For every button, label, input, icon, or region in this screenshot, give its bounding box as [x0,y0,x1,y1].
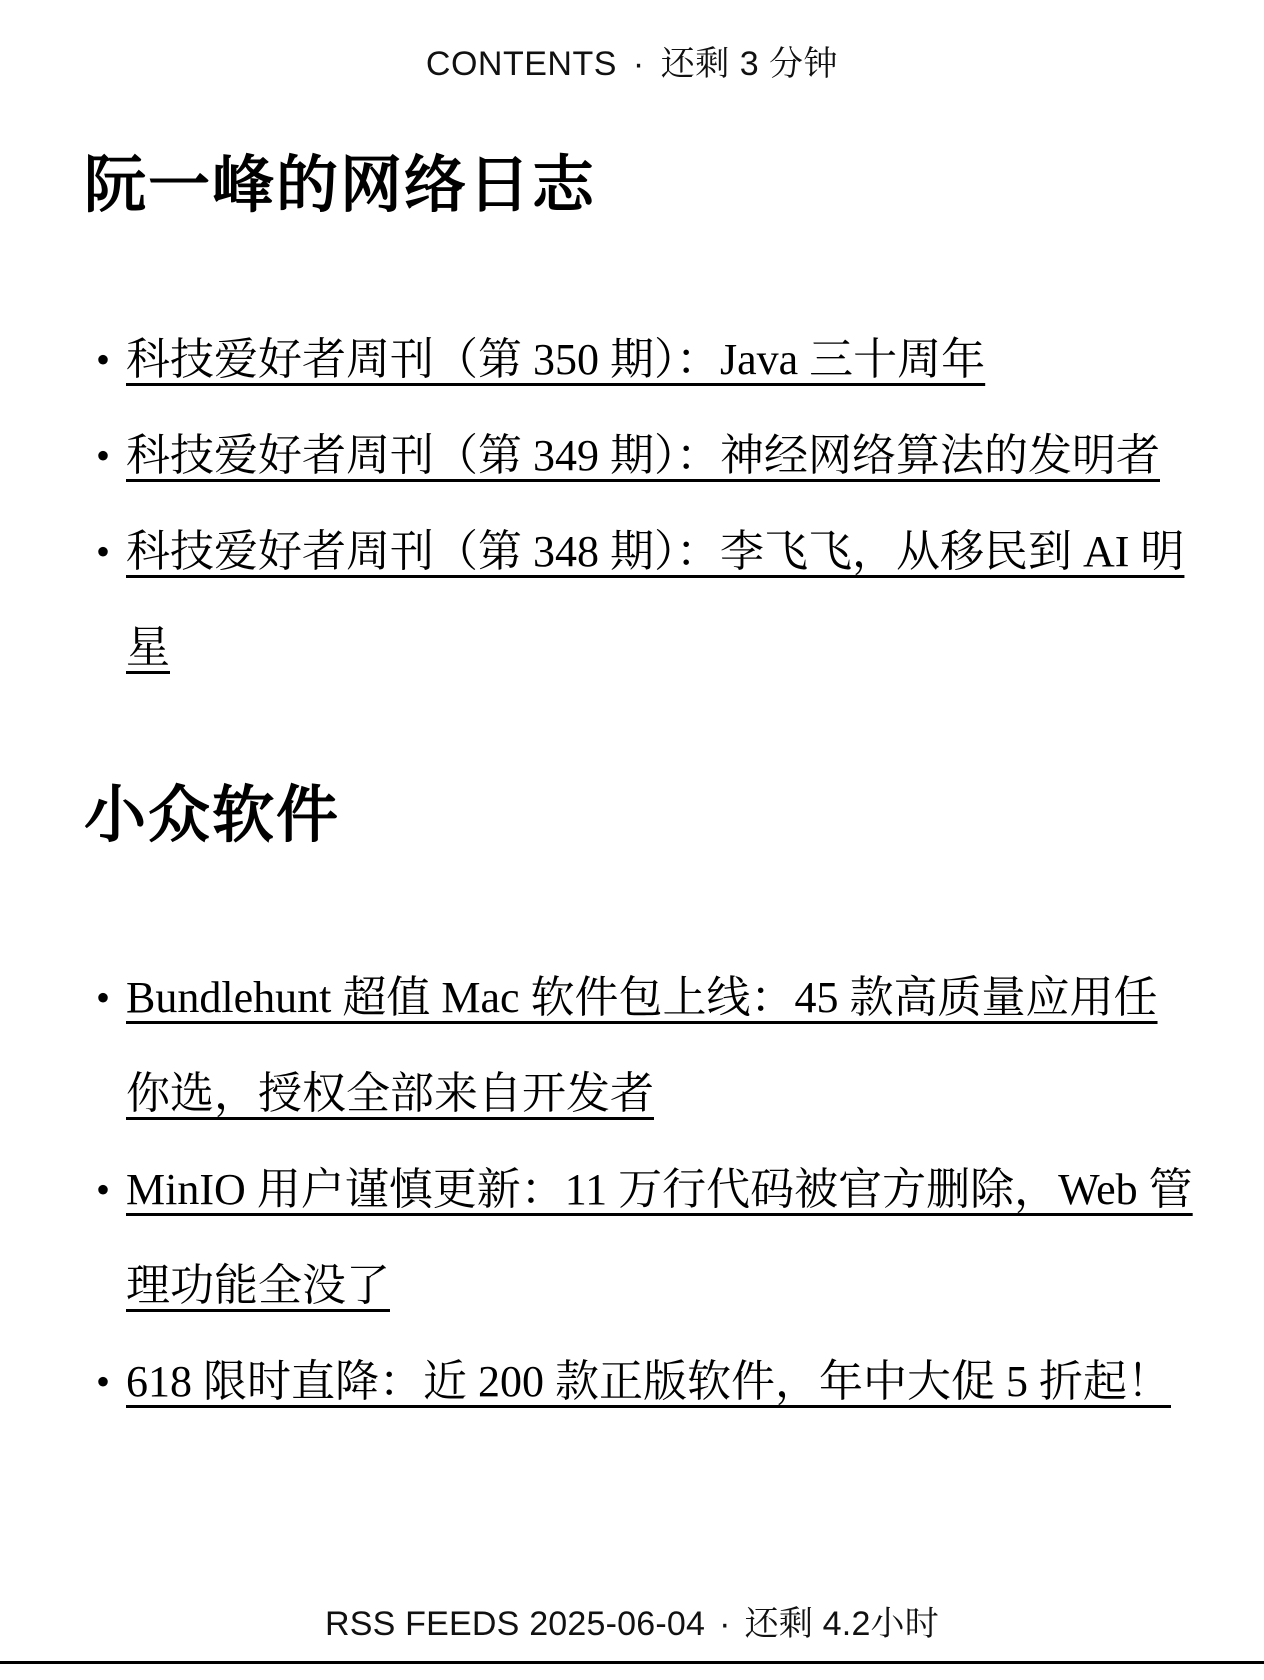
reader-footer: RSS FEEDS 2025-06-04 · 还剩 4.2小时 [0,1596,1264,1645]
header-time-remaining: 还剩 3 分钟 [661,36,838,85]
toc-item-text: 科技爱好者周刊（第 348 期）：李飞飞，从移民到 AI 明 [126,527,1184,576]
reader-header: CONTENTS · 还剩 3 分钟 [0,36,1264,85]
footer-feed-date-label: RSS FEEDS 2025-06-04 [325,1605,705,1644]
toc-item-weekly-350[interactable]: •科技爱好者周刊（第 350 期）：Java 三十周年 [88,312,1234,408]
toc-list-appinn: •Bundlehunt 超值 Mac 软件包上线：45 款高质量应用任 你选，授… [88,950,1234,1430]
toc-list-ruanyifeng-blog: •科技爱好者周刊（第 350 期）：Java 三十周年 •科技爱好者周刊（第 3… [88,312,1234,696]
toc-item-text: 科技爱好者周刊（第 350 期）：Java 三十周年 [126,335,985,384]
section-title-appinn: 小众软件 [84,780,340,852]
header-separator-dot: · [633,45,645,84]
toc-item-weekly-348[interactable]: •科技爱好者周刊（第 348 期）：李飞飞，从移民到 AI 明 [88,504,1234,600]
reader-contents-page: CONTENTS · 还剩 3 分钟 阮一峰的网络日志 •科技爱好者周刊（第 3… [0,0,1264,1680]
toc-item-text: 618 限时直降：近 200 款正版软件，年中大促 5 折起！ [126,1357,1171,1406]
toc-item-text: MinIO 用户谨慎更新：11 万行代码被官方删除，Web 管 [126,1165,1193,1214]
toc-item-minio[interactable]: •MinIO 用户谨慎更新：11 万行代码被官方删除，Web 管 [88,1142,1234,1238]
toc-item-bundlehunt[interactable]: •Bundlehunt 超值 Mac 软件包上线：45 款高质量应用任 [88,950,1234,1046]
bullet-icon: • [96,408,110,504]
toc-item-minio-continued[interactable]: 理功能全没了 [88,1238,1234,1334]
bullet-icon: • [96,504,110,600]
section-title-ruanyifeng-blog: 阮一峰的网络日志 [84,150,596,222]
toc-item-618-sale[interactable]: •618 限时直降：近 200 款正版软件，年中大促 5 折起！ [88,1334,1234,1430]
toc-item-text: 星 [126,623,170,672]
toc-item-text: 科技爱好者周刊（第 349 期）：神经网络算法的发明者 [126,431,1160,480]
footer-time-remaining: 还剩 4.2小时 [745,1596,939,1645]
toc-item-text: 你选，授权全部来自开发者 [126,1069,654,1118]
bullet-icon: • [96,1142,110,1238]
toc-item-text: Bundlehunt 超值 Mac 软件包上线：45 款高质量应用任 [126,973,1158,1022]
toc-item-text: 理功能全没了 [126,1261,390,1310]
bullet-icon: • [96,312,110,408]
bottom-divider-line [0,1661,1264,1664]
toc-item-weekly-348-continued[interactable]: 星 [88,600,1234,696]
header-contents-label: CONTENTS [426,45,617,84]
bullet-icon: • [96,950,110,1046]
footer-separator-dot: · [719,1605,731,1644]
toc-item-bundlehunt-continued[interactable]: 你选，授权全部来自开发者 [88,1046,1234,1142]
toc-item-weekly-349[interactable]: •科技爱好者周刊（第 349 期）：神经网络算法的发明者 [88,408,1234,504]
bullet-icon: • [96,1334,110,1430]
